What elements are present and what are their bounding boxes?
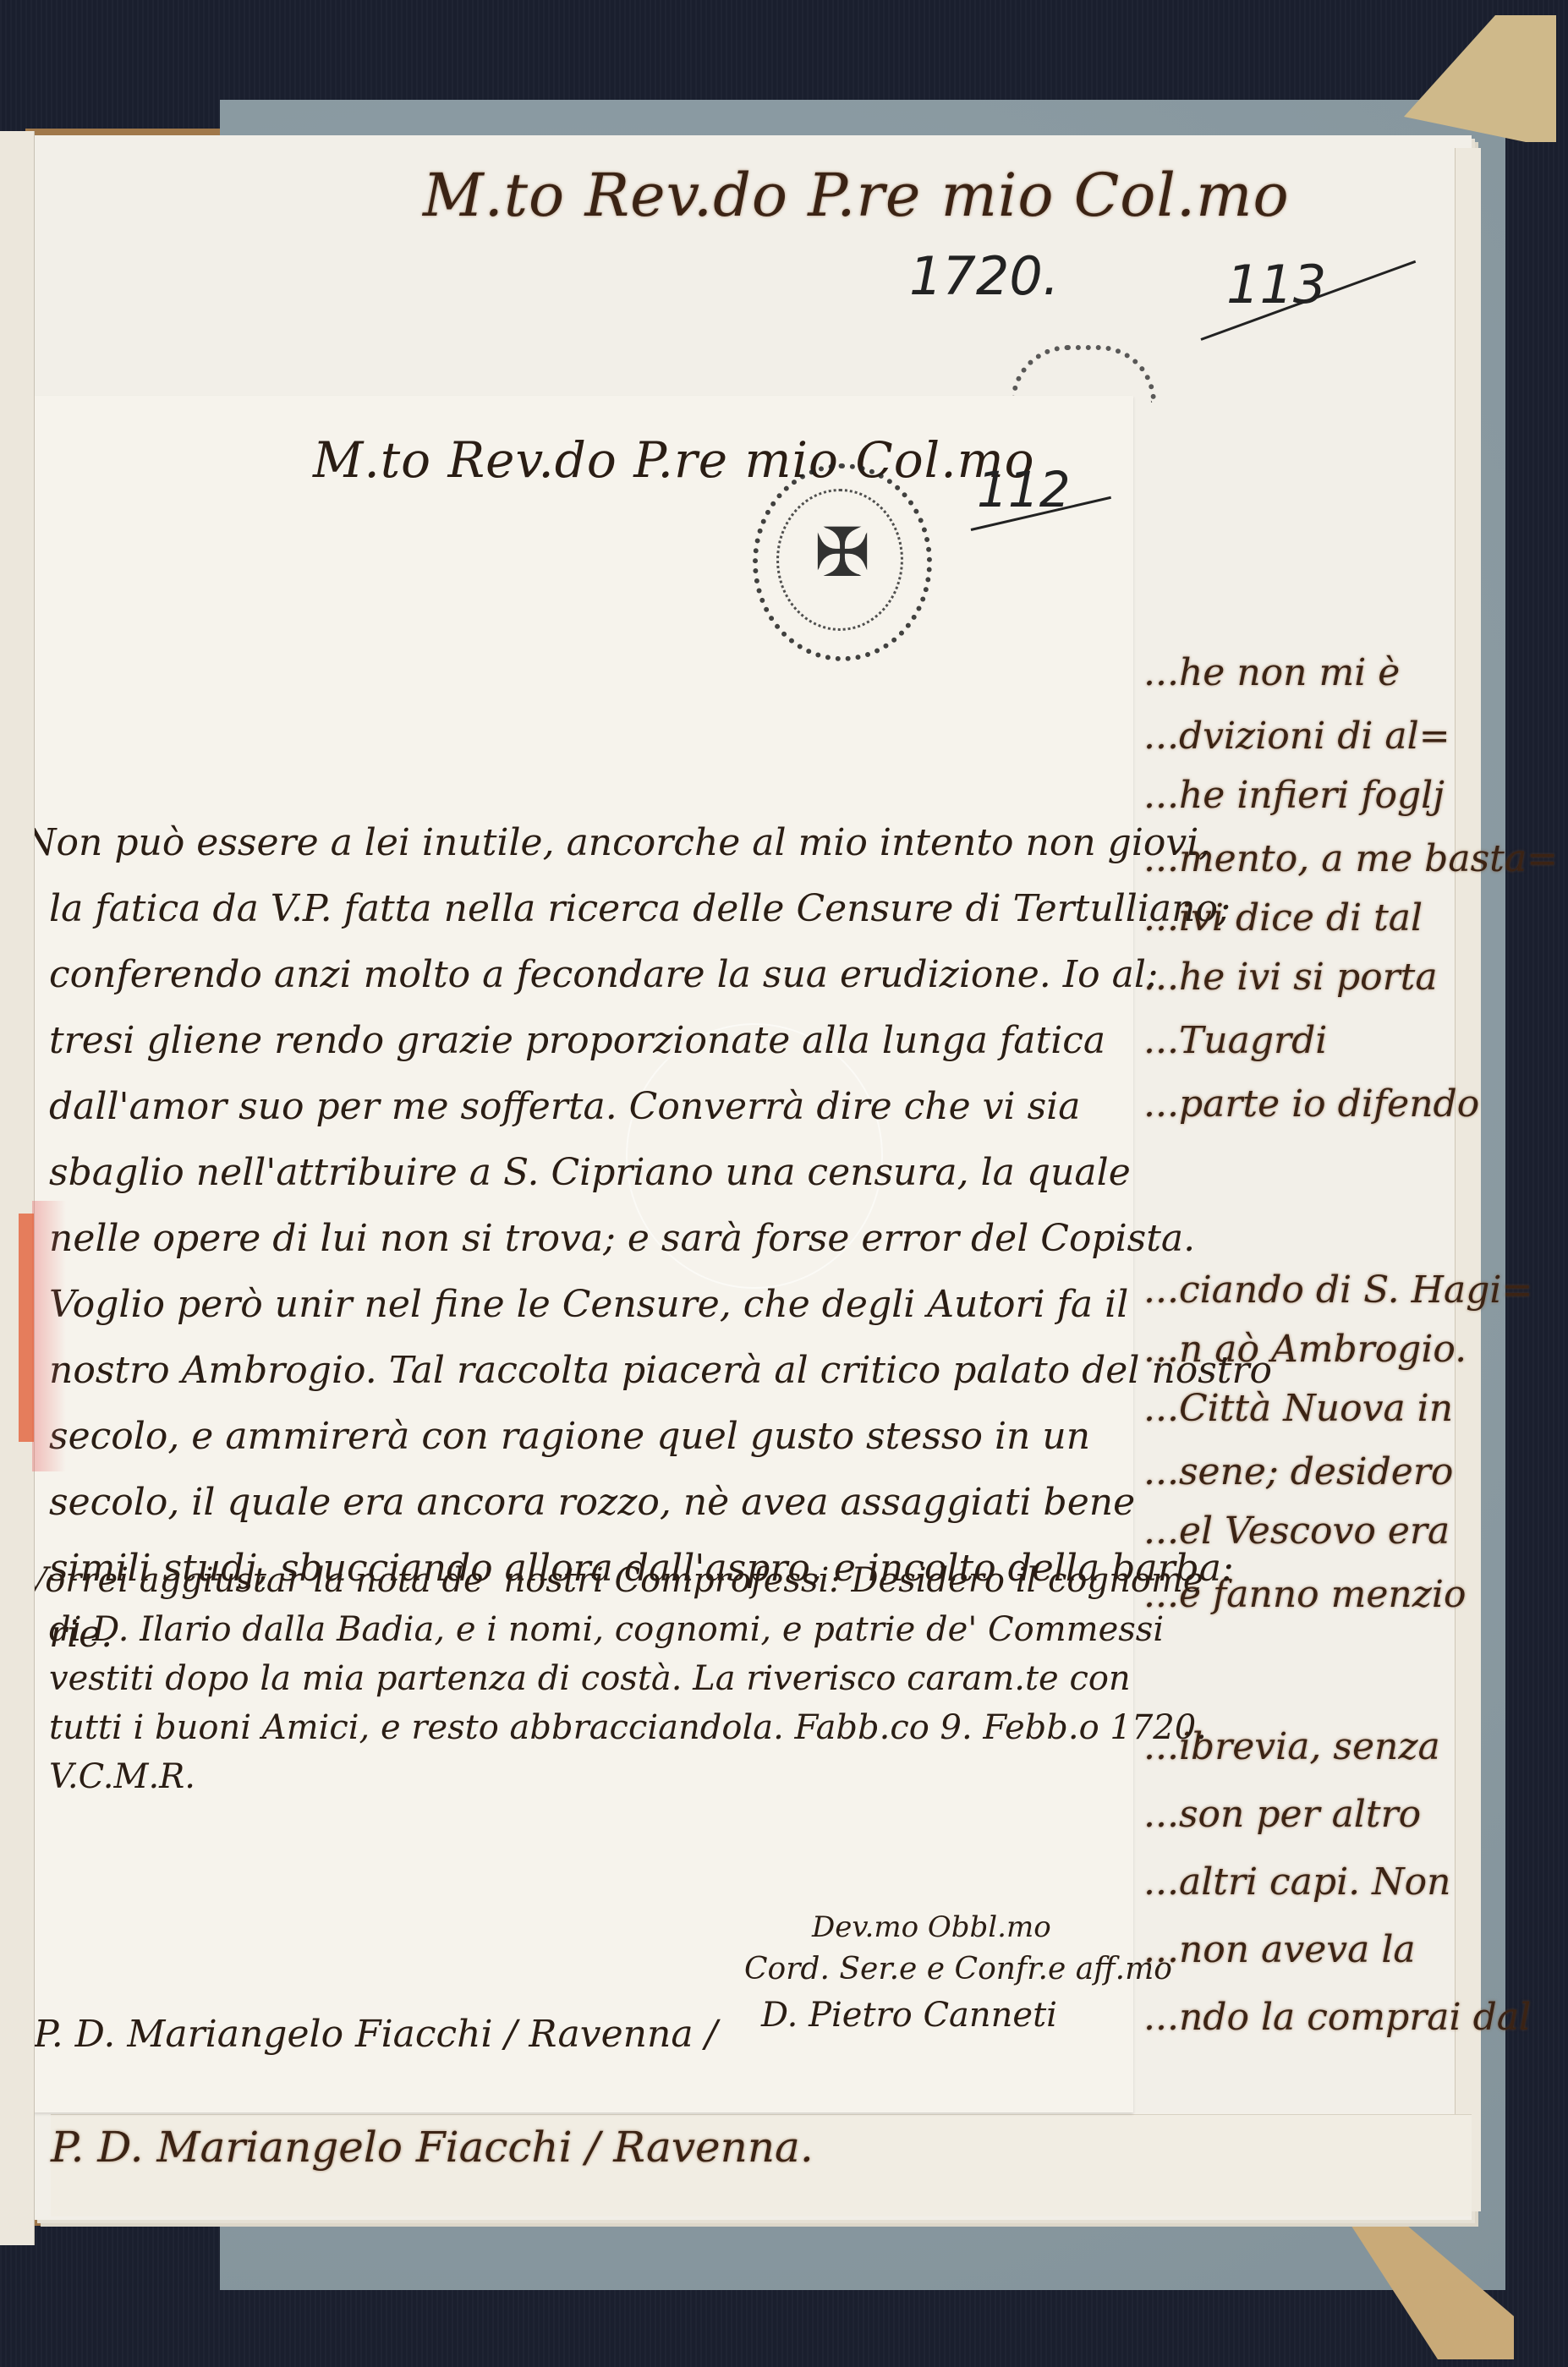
- signature: D. Pietro Canneti: [744, 1992, 1133, 2039]
- text-line: ...parte io difendo: [1143, 1082, 1479, 1126]
- text-line: vestiti dopo la mia partenza di costà. L…: [24, 1654, 1140, 1703]
- underlying-salutation: M.to Rev.do P.re mio Col.mo: [423, 161, 1290, 230]
- text-line: di D. Ilario dalla Badia, e i nomi, cogn…: [24, 1605, 1140, 1654]
- text-line: Vorrei aggiustar la nota de' nostri Comp…: [24, 1556, 1140, 1605]
- closing-line: Cord. Ser.e e Confr.e aff.mo: [744, 1948, 1133, 1992]
- text-line: tutti i buoni Amici, e resto abbracciand…: [24, 1703, 1140, 1752]
- text-line: secolo, e ammirerà con ragione quel gust…: [24, 1404, 1140, 1470]
- text-line: ...ndo la comprai dal: [1143, 1996, 1531, 2039]
- text-line: ...Tuagrdi: [1143, 1019, 1327, 1062]
- text-line: conferendo anzi molto a fecondare la sua…: [24, 942, 1140, 1008]
- text-line: ...altri capi. Non: [1143, 1860, 1450, 1904]
- closing-line: Dev.mo Obbl.mo: [744, 1907, 1133, 1948]
- text-line: ...he infieri foglj: [1143, 774, 1445, 817]
- archive-stamp-icon: ✠: [753, 463, 932, 661]
- text-line: nostro Ambrogio. Tal raccolta piacerà al…: [24, 1338, 1140, 1404]
- text-line: ...sene; desidero: [1143, 1450, 1453, 1493]
- text-line: ...Città Nuova in: [1143, 1387, 1453, 1430]
- year-annotation: 1720.: [909, 245, 1060, 307]
- overlay-salutation: M.to Rev.do P.re mio Col.mo: [313, 431, 1035, 489]
- text-line: sbaglio nell'attribuire a S. Cipriano un…: [24, 1140, 1140, 1206]
- text-line: ...he non mi è: [1143, 651, 1400, 694]
- text-line: ...dvizioni di al=: [1143, 715, 1450, 758]
- red-stain: [32, 1201, 66, 1471]
- text-line: Voglio però unir nel fine le Censure, ch…: [24, 1272, 1140, 1338]
- text-line: la fatica da V.P. fatta nella ricerca de…: [24, 876, 1140, 942]
- text-line: ...ciando di S. Hagi=: [1143, 1268, 1532, 1312]
- text-line: ...he ivi si porta: [1143, 956, 1438, 999]
- text-line: tresi gliene rendo grazie proporzionate …: [24, 1008, 1140, 1074]
- underlying-address: P. D. Mariangelo Fiacchi / Ravenna.: [51, 2123, 814, 2172]
- overlay-address: P. D. Mariangelo Fiacchi / Ravenna /: [34, 2013, 717, 2056]
- eagle-emblem-icon: ✠: [758, 519, 927, 587]
- page-edge-stack: [1455, 148, 1481, 2211]
- letter-closing: Dev.mo Obbl.mo Cord. Ser.e e Confr.e aff…: [744, 1907, 1133, 2039]
- text-line: ...non aveva la: [1143, 1928, 1416, 1971]
- text-line: V.C.M.R.: [24, 1752, 1140, 1801]
- red-pencil-mark: [19, 1214, 34, 1442]
- text-line: secolo, il quale era ancora rozzo, nè av…: [24, 1470, 1140, 1536]
- letter-postscript: Vorrei aggiustar la nota de' nostri Comp…: [24, 1556, 1140, 1801]
- text-line: Non può essere a lei inutile, ancorche a…: [24, 810, 1140, 876]
- folio-number-113: 113: [1226, 254, 1326, 315]
- text-line: nelle opere di lui non si trova; e sarà …: [24, 1206, 1140, 1272]
- text-line: ...son per altro: [1143, 1793, 1421, 1836]
- letter-body: Non può essere a lei inutile, ancorche a…: [24, 810, 1140, 1668]
- text-line: dall'amor suo per me sofferta. Converrà …: [24, 1074, 1140, 1140]
- adjacent-book-page: [0, 131, 35, 2245]
